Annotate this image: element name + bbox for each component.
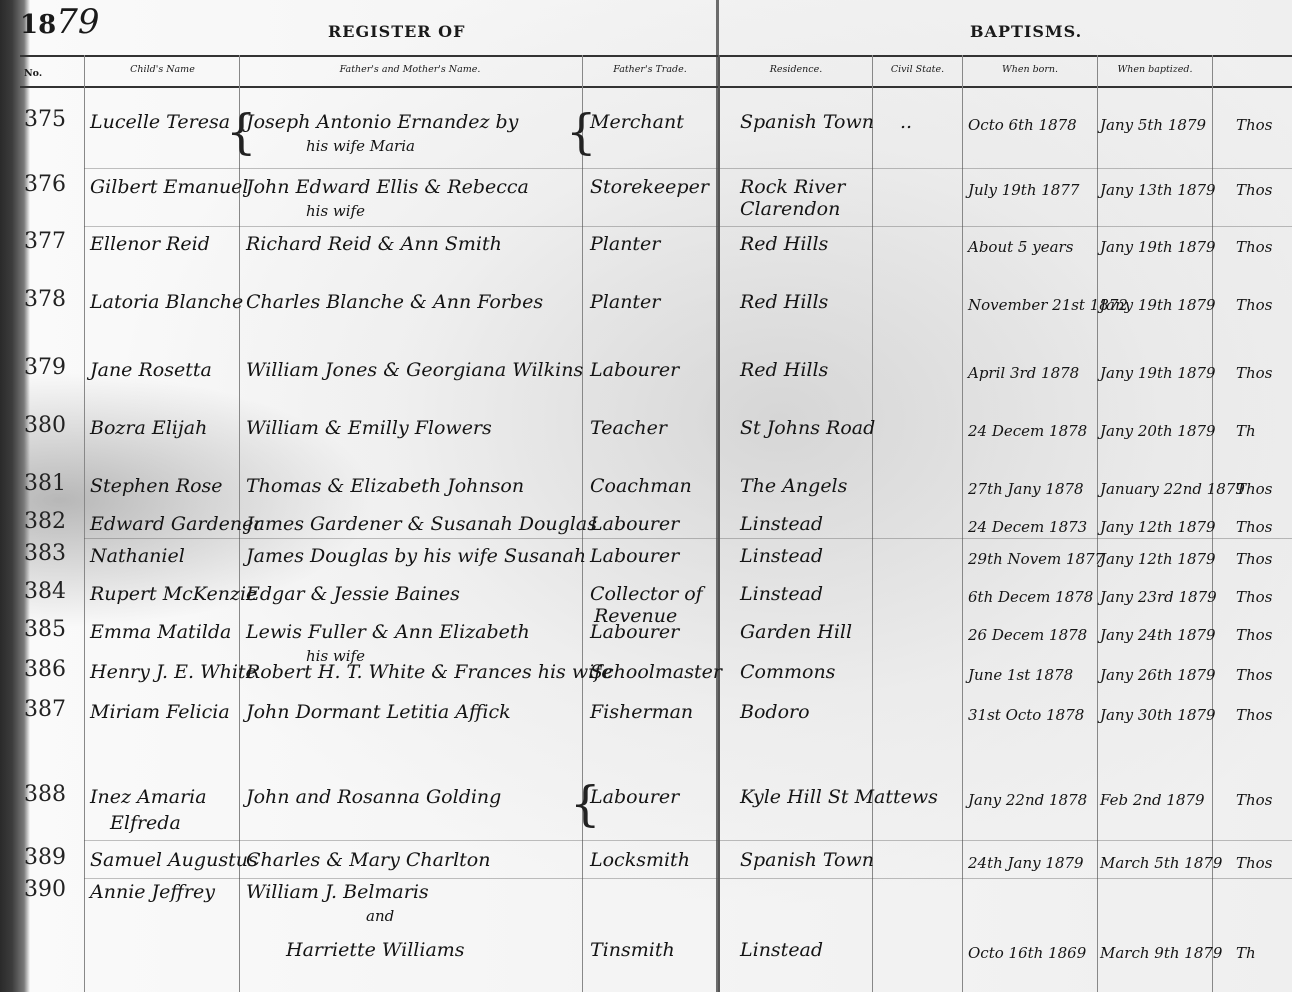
entry-number: 385 bbox=[24, 618, 66, 642]
fathers-trade: Tinsmith bbox=[590, 938, 675, 962]
child-name: Henry J. E. White bbox=[90, 660, 257, 684]
entry-number: 389 bbox=[24, 846, 66, 870]
parents-name: Lewis Fuller & Ann Elizabeth bbox=[246, 620, 530, 644]
parents-name: Charles Blanche & Ann Forbes bbox=[246, 290, 543, 314]
parents-name: John and Rosanna Golding bbox=[246, 785, 501, 809]
residence: Linstead bbox=[740, 582, 823, 606]
when-born: 29th Novem 1877 bbox=[968, 547, 1104, 571]
baptizing-minister: Thos bbox=[1236, 703, 1272, 727]
header-when-born: When born. bbox=[965, 64, 1095, 75]
fathers-trade: Labourer bbox=[590, 785, 679, 809]
residence: The Angels bbox=[740, 474, 847, 498]
parents-name: John Edward Ellis & Rebecca bbox=[246, 175, 529, 199]
parents-name: Robert H. T. White & Frances his wife bbox=[246, 660, 612, 684]
baptizing-minister: Thos bbox=[1236, 361, 1272, 385]
baptizing-minister: Thos bbox=[1236, 293, 1272, 317]
fathers-trade: Merchant bbox=[590, 110, 684, 134]
entry-number: 383 bbox=[24, 542, 66, 566]
fathers-trade: Labourer bbox=[590, 512, 679, 536]
register-year: 1879 bbox=[20, 2, 99, 42]
parents-name: William J. Belmaris bbox=[246, 880, 429, 904]
residence: Red Hills bbox=[740, 232, 828, 256]
baptizing-minister: Thos bbox=[1236, 113, 1272, 137]
entry-number: 387 bbox=[24, 698, 66, 722]
fathers-trade: Collector of bbox=[590, 582, 703, 606]
entry-number: 388 bbox=[24, 783, 66, 807]
parents-name: Edgar & Jessie Baines bbox=[246, 582, 460, 606]
fathers-trade: Coachman bbox=[590, 474, 692, 498]
ruling-line bbox=[84, 226, 1292, 227]
when-born: 27th Jany 1878 bbox=[968, 477, 1084, 501]
parents-name: William Jones & Georgiana Wilkins bbox=[246, 358, 583, 382]
child-name: Lucelle Teresa bbox=[90, 110, 230, 134]
entry-number: 375 bbox=[24, 108, 66, 132]
when-baptized: Jany 23rd 1879 bbox=[1100, 585, 1217, 609]
when-born: 24th Jany 1879 bbox=[968, 851, 1084, 875]
header-rule-bottom bbox=[20, 86, 1292, 88]
header-no: No. bbox=[24, 68, 74, 79]
residence: Linstead bbox=[740, 938, 823, 962]
entry-number: 384 bbox=[24, 580, 66, 604]
fathers-trade: Fisherman bbox=[590, 700, 693, 724]
column-divider bbox=[84, 55, 85, 992]
header-residence: Residence. bbox=[722, 64, 870, 75]
residence: Spanish Town bbox=[740, 110, 874, 134]
when-baptized: Jany 30th 1879 bbox=[1100, 703, 1216, 727]
residence: Garden Hill bbox=[740, 620, 852, 644]
baptizing-minister: Thos bbox=[1236, 235, 1272, 259]
parents-name: James Gardener & Susanah Douglas bbox=[246, 512, 597, 536]
when-born: Octo 16th 1869 bbox=[968, 941, 1086, 965]
book-binding bbox=[0, 0, 30, 992]
title-left: REGISTER OF bbox=[328, 22, 465, 41]
residence: Kyle Hill St Mattews bbox=[740, 785, 938, 809]
when-baptized: Feb 2nd 1879 bbox=[1100, 788, 1205, 812]
child-name: Rupert McKenzie bbox=[90, 582, 257, 606]
when-baptized: Jany 24th 1879 bbox=[1100, 623, 1216, 647]
child-name: Nathaniel bbox=[90, 544, 185, 568]
header-civil-state: Civil State. bbox=[875, 64, 960, 75]
child-name: Latoria Blanche bbox=[90, 290, 243, 314]
parents-name-line2: his wife Maria bbox=[306, 134, 415, 158]
when-baptized: March 5th 1879 bbox=[1100, 851, 1222, 875]
entry-number: 378 bbox=[24, 288, 66, 312]
when-born: 31st Octo 1878 bbox=[968, 703, 1084, 727]
child-name: Annie Jeffrey bbox=[90, 880, 215, 904]
civil-state: .. bbox=[900, 110, 912, 134]
baptizing-minister: Thos bbox=[1236, 663, 1272, 687]
parents-name: John Dormant Letitia Affick bbox=[246, 700, 511, 724]
entry-number: 379 bbox=[24, 356, 66, 380]
residence: St Johns Road bbox=[740, 416, 875, 440]
entry-number: 382 bbox=[24, 510, 66, 534]
child-name: Samuel Augustus bbox=[90, 848, 258, 872]
parents-name: Thomas & Elizabeth Johnson bbox=[246, 474, 524, 498]
when-baptized: March 9th 1879 bbox=[1100, 941, 1222, 965]
when-born: 26 Decem 1878 bbox=[968, 623, 1087, 647]
residence: Commons bbox=[740, 660, 835, 684]
when-baptized: Jany 13th 1879 bbox=[1100, 178, 1216, 202]
child-name: Bozra Elijah bbox=[90, 416, 207, 440]
fathers-trade: Labourer bbox=[590, 358, 679, 382]
column-divider bbox=[962, 55, 963, 992]
child-name: Ellenor Reid bbox=[90, 232, 210, 256]
brace-icon: { bbox=[570, 780, 601, 828]
entry-number: 381 bbox=[24, 472, 66, 496]
residence: Bodoro bbox=[740, 700, 810, 724]
parents-name: William & Emilly Flowers bbox=[246, 416, 492, 440]
when-born: About 5 years bbox=[968, 235, 1073, 259]
ruling-line bbox=[84, 538, 1292, 539]
when-born: Octo 6th 1878 bbox=[968, 113, 1077, 137]
baptizing-minister: Thos bbox=[1236, 178, 1272, 202]
child-name: Gilbert Emanuel bbox=[90, 175, 249, 199]
fathers-trade: Schoolmaster bbox=[590, 660, 722, 684]
fathers-trade: Planter bbox=[590, 290, 660, 314]
fathers-trade: Labourer bbox=[590, 620, 679, 644]
fathers-trade: Labourer bbox=[590, 544, 679, 568]
residence: Red Hills bbox=[740, 290, 828, 314]
header-child-name: Child's Name bbox=[90, 64, 235, 75]
entry-number: 376 bbox=[24, 173, 66, 197]
header-rule-top bbox=[20, 55, 1292, 57]
child-name: Stephen Rose bbox=[90, 474, 223, 498]
when-baptized: Jany 5th 1879 bbox=[1100, 113, 1206, 137]
when-born: 24 Decem 1878 bbox=[968, 419, 1087, 443]
when-baptized: Jany 19th 1879 bbox=[1100, 361, 1216, 385]
baptizing-minister: Thos bbox=[1236, 851, 1272, 875]
entry-number: 377 bbox=[24, 230, 66, 254]
parents-name-line2: his wife bbox=[306, 199, 365, 223]
when-born: 24 Decem 1873 bbox=[968, 515, 1087, 539]
child-name: Emma Matilda bbox=[90, 620, 231, 644]
when-baptized: Jany 20th 1879 bbox=[1100, 419, 1216, 443]
register-page: 1879 REGISTER OF BAPTISMS. No. Child's N… bbox=[0, 0, 1292, 992]
fathers-trade: Locksmith bbox=[590, 848, 690, 872]
baptizing-minister: Thos bbox=[1236, 477, 1272, 501]
baptizing-minister: Th bbox=[1236, 941, 1256, 965]
when-born: 6th Decem 1878 bbox=[968, 585, 1093, 609]
residence: Linstead bbox=[740, 512, 823, 536]
parents-name-line2: and bbox=[366, 904, 394, 928]
residence: Spanish Town bbox=[740, 848, 874, 872]
child-name: Miriam Felicia bbox=[90, 700, 230, 724]
ruling-line bbox=[84, 840, 1292, 841]
ruling-line bbox=[84, 878, 1292, 879]
baptizing-minister: Thos bbox=[1236, 585, 1272, 609]
residence: Rock River bbox=[740, 175, 845, 199]
when-baptized: January 22nd 1879 bbox=[1100, 477, 1245, 501]
year-handwritten: 79 bbox=[56, 2, 99, 42]
header-when-baptized: When baptized. bbox=[1100, 64, 1210, 75]
residence: Red Hills bbox=[740, 358, 828, 382]
entry-number: 380 bbox=[24, 414, 66, 438]
ruling-line bbox=[84, 168, 1292, 169]
title-right: BAPTISMS. bbox=[970, 22, 1082, 41]
column-divider bbox=[718, 55, 720, 992]
when-baptized: Jany 26th 1879 bbox=[1100, 663, 1216, 687]
when-baptized: Jany 12th 1879 bbox=[1100, 515, 1216, 539]
baptizing-minister: Thos bbox=[1236, 515, 1272, 539]
fathers-trade: Planter bbox=[590, 232, 660, 256]
child-name-line2: Elfreda bbox=[110, 811, 181, 835]
year-printed: 18 bbox=[20, 10, 56, 40]
brace-icon: { bbox=[226, 108, 257, 156]
header-parents-name: Father's and Mother's Name. bbox=[245, 64, 575, 75]
parents-name: James Douglas by his wife Susanah bbox=[246, 544, 586, 568]
residence-line2: Clarendon bbox=[740, 197, 840, 221]
fathers-trade: Storekeeper bbox=[590, 175, 709, 199]
when-born: Jany 22nd 1878 bbox=[968, 788, 1087, 812]
child-name: Jane Rosetta bbox=[90, 358, 212, 382]
baptizing-minister: Thos bbox=[1236, 623, 1272, 647]
when-baptized: Jany 19th 1879 bbox=[1100, 293, 1216, 317]
parents-name-line3: Harriette Williams bbox=[286, 938, 465, 962]
fathers-trade: Teacher bbox=[590, 416, 667, 440]
parents-name: Joseph Antonio Ernandez by bbox=[246, 110, 518, 134]
parents-name: Richard Reid & Ann Smith bbox=[246, 232, 502, 256]
when-born: April 3rd 1878 bbox=[968, 361, 1079, 385]
baptizing-minister: Thos bbox=[1236, 547, 1272, 571]
brace-icon: { bbox=[566, 108, 597, 156]
baptizing-minister: Th bbox=[1236, 419, 1256, 443]
column-divider bbox=[1097, 55, 1098, 992]
when-born: June 1st 1878 bbox=[968, 663, 1073, 687]
when-baptized: Jany 12th 1879 bbox=[1100, 547, 1216, 571]
parents-name: Charles & Mary Charlton bbox=[246, 848, 490, 872]
header-fathers-trade: Father's Trade. bbox=[585, 64, 715, 75]
child-name: Inez Amaria bbox=[90, 785, 207, 809]
when-born: July 19th 1877 bbox=[968, 178, 1079, 202]
residence: Linstead bbox=[740, 544, 823, 568]
baptizing-minister: Thos bbox=[1236, 788, 1272, 812]
child-name: Edward Gardener bbox=[90, 512, 262, 536]
when-baptized: Jany 19th 1879 bbox=[1100, 235, 1216, 259]
entry-number: 390 bbox=[24, 878, 66, 902]
entry-number: 386 bbox=[24, 658, 66, 682]
